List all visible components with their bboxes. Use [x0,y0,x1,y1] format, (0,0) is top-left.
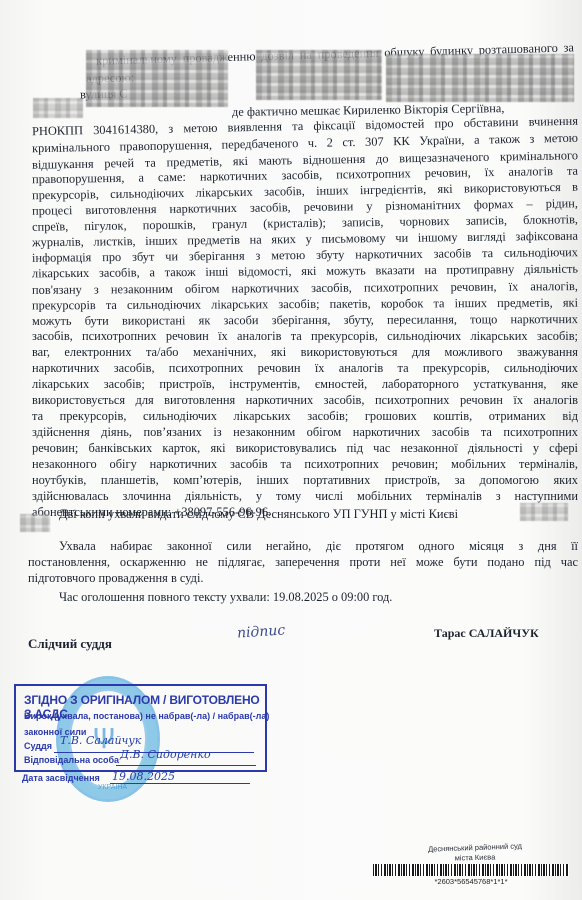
body-line-23: та прекурсорів, сильнодіючих лікарських … [32,409,578,424]
stamp-responsible-label: Відповідальна особа [24,755,119,765]
announcement-time: Час оголошення повного тексту ухвали: 19… [59,590,392,605]
stamp-row-verdict: Вирок (ухвала, постанова) не набрав(-ла)… [24,711,269,721]
body-line-22: використовується для виготовлення наркот… [32,393,578,408]
document-barcode [373,864,569,876]
body-line-18: засобів, психотропних речовин їх аналогі… [32,329,578,344]
body-line-25: речовин; банківських карток, які викорис… [32,441,578,456]
body-line-27: ноутбуків, планшетів, комп’ютерів, інших… [32,473,578,488]
role-label: Слідчий суддя [28,636,112,652]
body-line-16: прекурсорів та сильнодіючих лікарських з… [32,296,578,314]
body-line-26: незаконного обігу наркотичних засобів та… [32,457,578,472]
stamp-date-line [110,783,250,784]
effect-line-1: Ухвала набирає законної сили негайно, ді… [59,539,578,554]
body-line-28: здійснювалась злочинна діяльність, у том… [32,489,578,504]
effect-line-3: підготовчого провадження в суді. [28,571,204,586]
body-line-20: наркотичних засобів, психотропних речови… [32,361,578,376]
redacted-margin-3 [20,514,50,532]
judge-signature: підпис [237,622,286,641]
body-line-24: здійснення діянь, пов’язаних із незаконн… [32,425,578,440]
judge-name: Тарас САЛАЙЧУК [434,626,539,641]
redacted-margin-1 [33,98,83,118]
redacted-margin-2 [520,503,568,521]
seal-country-text: УКРАЇНА [98,784,127,791]
redacted-address-1 [86,50,228,107]
stamp-judge-label: Суддя [24,741,52,751]
body-line-21: лікарських засобів; пристроїв, інструмен… [32,377,578,392]
stamp-date-handwriting: 19.08.2025 [112,770,175,783]
effect-line-2: постановлення, оскарженню не підлягає, з… [28,555,578,570]
body-line-19: ваг, електронних та/або механічних, які … [32,345,578,360]
stamp-date-label: Дата засвідчення [22,773,100,783]
stamp-judge-handwriting: Т.В. Салайчук [60,734,141,747]
redacted-address-2 [256,50,382,100]
barcode-number: *2603*56545768*1*1* [373,877,569,886]
document-page: кримінальному провадженню дозвіл на пров… [0,0,582,900]
redacted-address-3 [386,54,574,102]
stamp-responsible-handwriting: Д.В. Сидоренко [120,748,211,761]
copies-instruction: Дві копії ухвали видати слідчому СВ Десн… [59,507,458,522]
stamp-responsible-line [116,765,256,766]
body-line-17: можуть бути використані як засоби зберіг… [32,312,578,329]
